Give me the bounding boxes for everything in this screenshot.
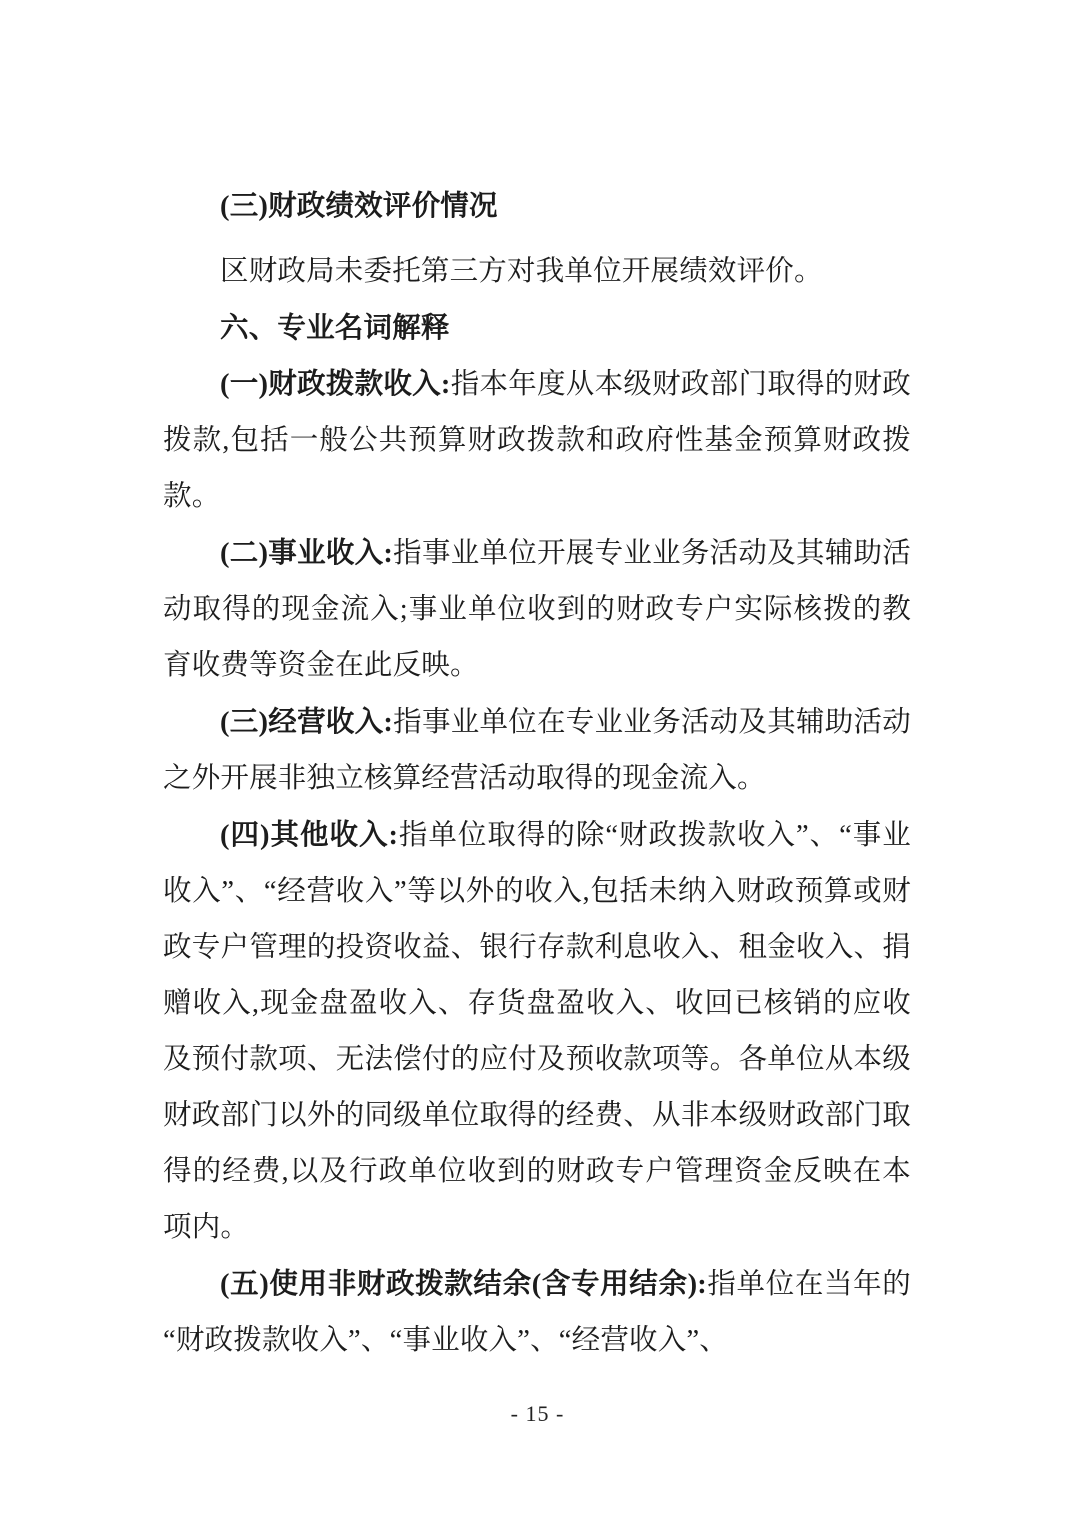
document-page: (三)财政绩效评价情况 区财政局未委托第三方对我单位开展绩效评价。 六、专业名词… (0, 0, 1075, 1520)
performance-evaluation-paragraph: 区财政局未委托第三方对我单位开展绩效评价。 (163, 244, 911, 300)
page-body: (三)财政绩效评价情况 区财政局未委托第三方对我单位开展绩效评价。 六、专业名词… (163, 179, 911, 1369)
term-definition: 指单位取得的除“财政拨款收入”、“事业收入”、“经营收入”等以外的收入,包括未纳… (163, 820, 911, 1243)
section-heading-performance-evaluation: (三)财政绩效评价情况 (163, 179, 911, 235)
term-operating-income-institution: (二)事业收入:指事业单位开展专业业务活动及其辅助活动取得的现金流入;事业单位收… (163, 526, 911, 694)
term-business-income: (三)经营收入:指事业单位在专业业务活动及其辅助活动之外开展非独立核算经营活动取… (163, 695, 911, 807)
term-fiscal-appropriation-income: (一)财政拨款收入:指本年度从本级财政部门取得的财政拨款,包括一般公共预算财政拨… (163, 357, 911, 525)
term-lead: (三)经营收入: (220, 707, 393, 738)
term-lead: (四)其他收入: (220, 820, 398, 851)
section-heading-glossary: 六、专业名词解释 (163, 300, 911, 356)
term-lead: (一)财政拨款收入: (220, 369, 451, 400)
term-lead: (五)使用非财政拨款结余(含专用结余): (220, 1269, 707, 1300)
page-number: - 15 - (0, 1400, 1075, 1428)
term-other-income: (四)其他收入:指单位取得的除“财政拨款收入”、“事业收入”、“经营收入”等以外… (163, 808, 911, 1256)
term-non-fiscal-balance: (五)使用非财政拨款结余(含专用结余):指单位在当年的“财政拨款收入”、“事业收… (163, 1257, 911, 1369)
term-lead: (二)事业收入: (220, 538, 393, 569)
